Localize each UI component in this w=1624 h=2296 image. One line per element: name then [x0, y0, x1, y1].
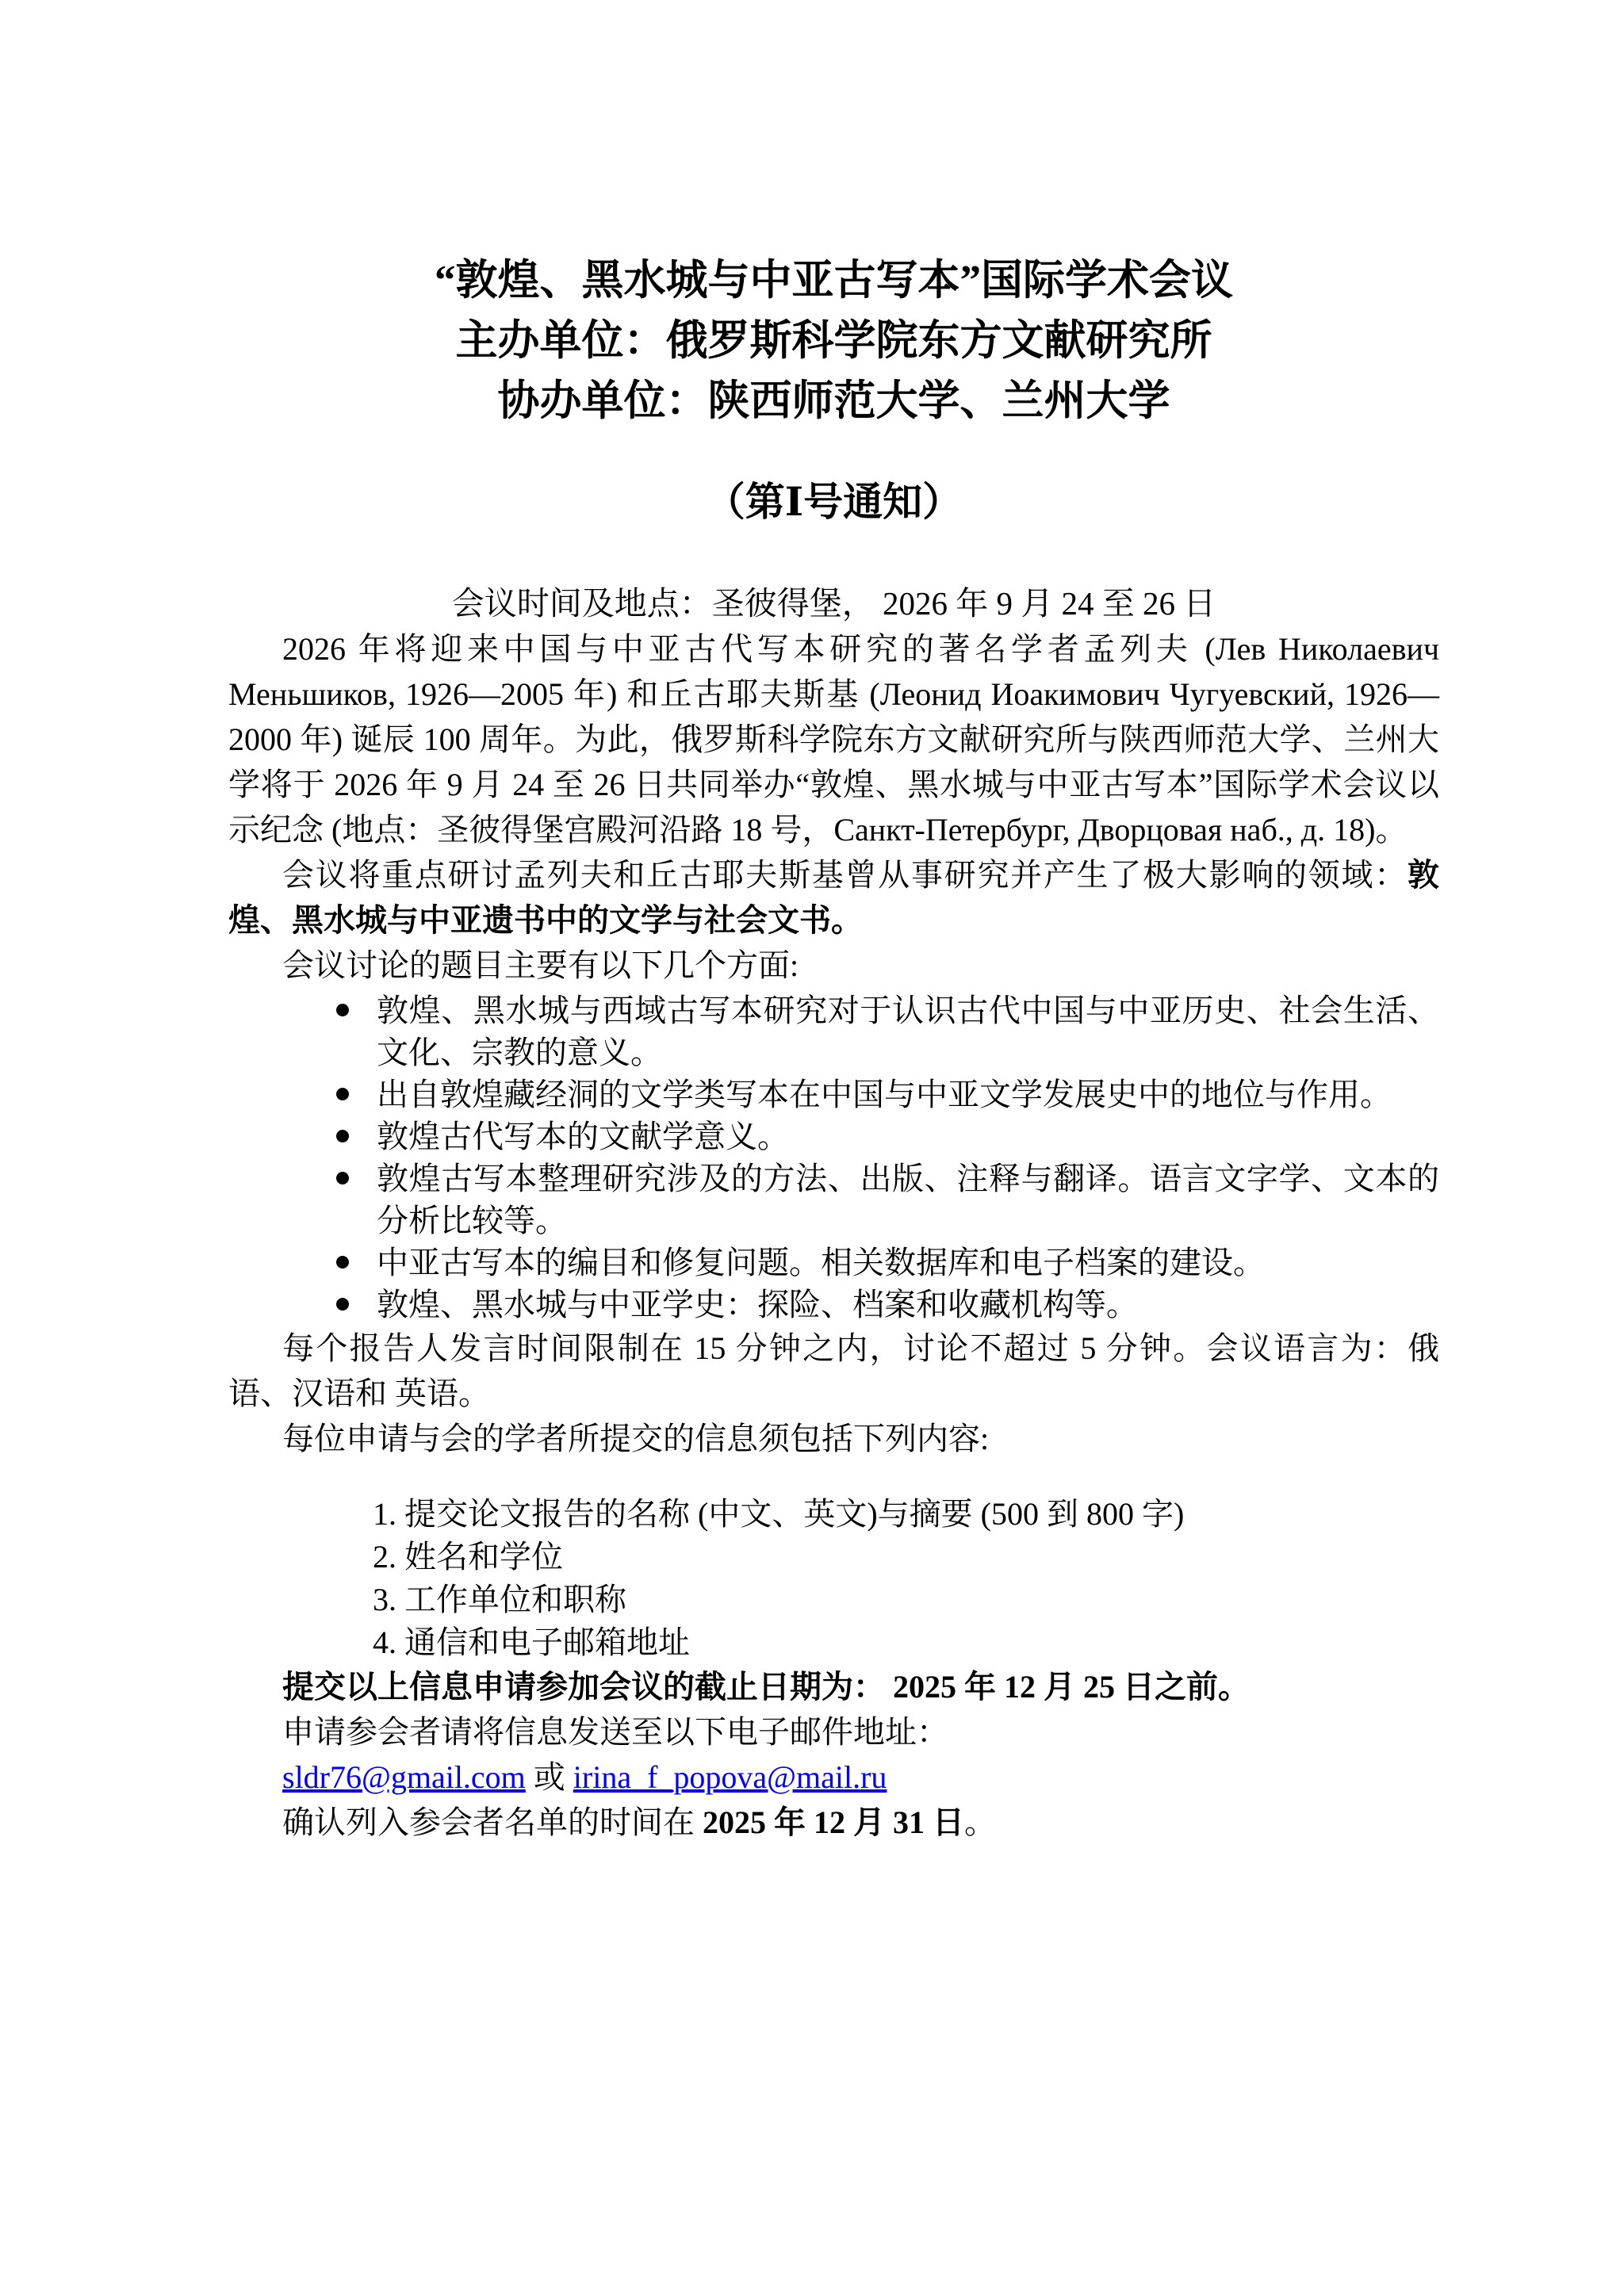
- confirmation-regular: 确认列入参会者名单的时间在: [282, 1804, 703, 1840]
- topic-item: 敦煌、黑水城与中亚学史：探险、档案和收藏机构等。: [330, 1284, 1439, 1326]
- topic-text: 敦煌古代写本的文献学意义。: [377, 1119, 789, 1154]
- requirement-item: 2. 姓名和学位: [373, 1536, 1439, 1578]
- host-organization-line: 主办单位：俄罗斯科学院东方文献研究所: [228, 311, 1439, 371]
- or-separator: 或: [526, 1759, 573, 1795]
- requirement-item: 3. 工作单位和职称: [373, 1578, 1439, 1621]
- document-content: “敦煌、黑水城与中亚古写本”国际学术会议 主办单位：俄罗斯科学院东方文献研究所 …: [0, 0, 1624, 1845]
- meeting-time-location: 会议时间及地点：圣彼得堡， 2026 年 9 月 24 至 26 日: [228, 580, 1439, 626]
- requirement-item: 4. 通信和电子邮箱地址: [373, 1621, 1439, 1664]
- notice-number: （第Ⅰ号通知）: [228, 474, 1439, 530]
- conference-title: “敦煌、黑水城与中亚古写本”国际学术会议: [228, 251, 1439, 311]
- bullet-icon: [336, 1256, 349, 1269]
- email-link-primary[interactable]: sldr76@gmail.com: [282, 1759, 526, 1795]
- bullet-icon: [336, 1298, 349, 1311]
- bullet-icon: [336, 1172, 349, 1184]
- topic-item: 中亚古写本的编目和修复问题。相关数据库和电子档案的建设。: [330, 1242, 1439, 1284]
- email-link-secondary[interactable]: irina_f_popova@mail.ru: [573, 1759, 887, 1795]
- topic-item: 敦煌古写本整理研究涉及的方法、出版、注释与翻译。语言文字学、文本的分析比较等。: [330, 1158, 1439, 1242]
- bullet-icon: [336, 1130, 349, 1142]
- requirements-list: 1. 提交论文报告的名称 (中文、英文)与摘要 (500 到 800 字) 2.…: [373, 1493, 1439, 1664]
- document-page: “敦煌、黑水城与中亚古写本”国际学术会议 主办单位：俄罗斯科学院东方文献研究所 …: [0, 0, 1624, 2296]
- co-host-organization-line: 协办单位：陕西师范大学、兰州大学: [228, 371, 1439, 431]
- topic-item: 出自敦煌藏经洞的文学类写本在中国与中亚文学发展史中的地位与作用。: [330, 1073, 1439, 1115]
- focus-paragraph-regular: 会议将重点研讨孟列夫和丘古耶夫斯基曾从事研究并产生了极大影响的领域：: [282, 857, 1408, 893]
- topic-item: 敦煌、黑水城与西域古写本研究对于认识古代中国与中亚历史、社会生活、文化、宗教的意…: [330, 989, 1439, 1073]
- submission-info-heading: 每位申请与会的学者所提交的信息须包括下列内容:: [228, 1416, 1439, 1461]
- topics-list: 敦煌、黑水城与西域古写本研究对于认识古代中国与中亚历史、社会生活、文化、宗教的意…: [330, 989, 1439, 1326]
- email-instruction: 申请参会者请将信息发送至以下电子邮件地址：: [228, 1709, 1439, 1755]
- bullet-icon: [336, 1004, 349, 1016]
- intro-paragraph: 2026 年将迎来中国与中亚古代写本研究的著名学者孟列夫 (Лев Никола…: [228, 626, 1439, 852]
- deadline-paragraph: 提交以上信息申请参加会议的截止日期为： 2025 年 12 月 25 日之前。: [228, 1664, 1439, 1709]
- topic-text: 敦煌、黑水城与西域古写本研究对于认识古代中国与中亚历史、社会生活、文化、宗教的意…: [377, 993, 1439, 1070]
- topic-text: 中亚古写本的编目和修复问题。相关数据库和电子档案的建设。: [377, 1245, 1265, 1280]
- topic-text: 敦煌、黑水城与中亚学史：探险、档案和收藏机构等。: [377, 1287, 1138, 1322]
- speech-time-paragraph: 每个报告人发言时间限制在 15 分钟之内，讨论不超过 5 分钟。会议语言为：俄语…: [228, 1326, 1439, 1416]
- focus-paragraph: 会议将重点研讨孟列夫和丘古耶夫斯基曾从事研究并产生了极大影响的领域：敦煌、黑水城…: [228, 852, 1439, 943]
- bullet-icon: [336, 1088, 349, 1100]
- requirement-item: 1. 提交论文报告的名称 (中文、英文)与摘要 (500 到 800 字): [373, 1493, 1439, 1536]
- confirmation-period: 。: [964, 1804, 996, 1840]
- topic-text: 出自敦煌藏经洞的文学类写本在中国与中亚文学发展史中的地位与作用。: [377, 1077, 1392, 1112]
- topics-heading: 会议讨论的题目主要有以下几个方面:: [228, 943, 1439, 988]
- topic-text: 敦煌古写本整理研究涉及的方法、出版、注释与翻译。语言文字学、文本的分析比较等。: [377, 1161, 1439, 1238]
- confirmation-paragraph: 确认列入参会者名单的时间在 2025 年 12 月 31 日。: [228, 1800, 1439, 1845]
- email-links-line: sldr76@gmail.com 或 irina_f_popova@mail.r…: [228, 1755, 1439, 1800]
- confirmation-date: 2025 年 12 月 31 日: [703, 1804, 964, 1840]
- topic-item: 敦煌古代写本的文献学意义。: [330, 1115, 1439, 1158]
